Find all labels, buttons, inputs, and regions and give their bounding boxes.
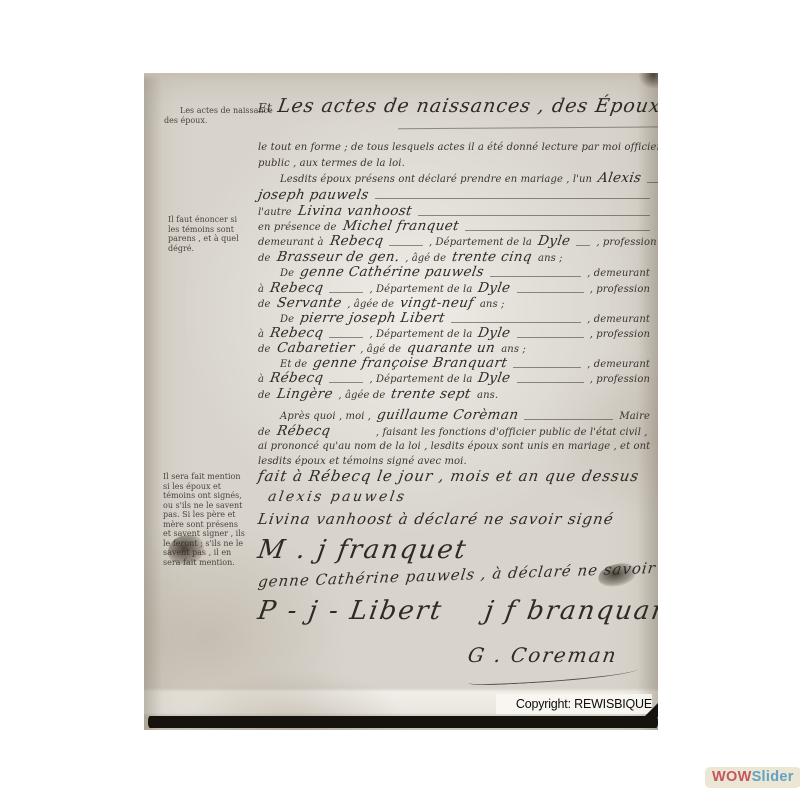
copyright-label: Copyright: REWISBIQUE bbox=[496, 694, 652, 714]
printed-text: Après quoi , moi , bbox=[280, 409, 371, 424]
printed-text: à bbox=[258, 372, 264, 387]
intro-line-1: le tout en forme ; de tous lesquels acte… bbox=[258, 140, 650, 155]
handwritten-town: Rébecq bbox=[269, 371, 325, 386]
fill-line bbox=[517, 382, 584, 383]
printed-text: ai prononcé qu'au nom de la loi , lesdit… bbox=[258, 439, 650, 454]
signature-g-coreman: G . Coreman bbox=[467, 648, 619, 663]
signature-alexis: alexis pauwels bbox=[258, 490, 650, 505]
signature-coreman: G . Coreman bbox=[468, 648, 618, 663]
signature-fait-line: fait à Rébecq le jour , mois et an que d… bbox=[258, 469, 650, 484]
fill-line bbox=[389, 245, 423, 246]
handwritten-town: Rebecq bbox=[269, 281, 325, 296]
handwritten-header: Les actes de naissances , des Époux bbox=[276, 93, 658, 119]
handwritten-witness3-name: pierre joseph Libert bbox=[299, 311, 446, 326]
printed-text: , profession bbox=[590, 282, 650, 297]
presence-line: en présence de Michel franquet bbox=[258, 219, 650, 235]
printed-text: , demeurant bbox=[587, 357, 650, 372]
handwritten-department: Dyle bbox=[477, 326, 512, 341]
printed-text: , Département de la bbox=[369, 372, 472, 387]
printed-text: ans ; bbox=[480, 297, 505, 312]
handwritten-age: vingt-neuf bbox=[399, 296, 475, 311]
handwritten-town: Rebecq bbox=[269, 326, 325, 341]
handwritten-witness4-name: genne françoise Branquart bbox=[312, 356, 508, 371]
fill-line bbox=[465, 230, 651, 231]
handwritten-job: Lingère bbox=[275, 387, 333, 402]
printed-text: , profession bbox=[596, 235, 656, 250]
header-underline bbox=[398, 126, 658, 129]
signature-libert-branquart: P - j - Libert j f branquart bbox=[258, 596, 650, 626]
printed-text: demeurant à bbox=[258, 235, 324, 250]
fill-line bbox=[451, 322, 581, 323]
printed-text: de bbox=[258, 251, 271, 266]
printed-text: à bbox=[258, 327, 264, 342]
witness4-job-line: de Lingère , âgée de trente sept ans. bbox=[258, 387, 650, 403]
handwritten-fait-line: fait à Rébecq le jour , mois et an que d… bbox=[257, 469, 641, 484]
printed-text: , profession bbox=[590, 327, 650, 342]
signature-pj-libert: P - j - Libert bbox=[256, 596, 445, 626]
printed-text: , demeurant bbox=[587, 266, 650, 281]
printed-text: , faisant les fonctions d'officier publi… bbox=[376, 425, 648, 440]
printed-text: Maire bbox=[619, 409, 650, 424]
book-edge-strip bbox=[148, 716, 658, 728]
handwritten-department: Dyle bbox=[537, 234, 572, 249]
printed-text: l'autre bbox=[258, 205, 292, 220]
printed-text: à bbox=[258, 282, 264, 297]
signature-mj-franquet: M . j franquet bbox=[256, 535, 470, 565]
handwritten-bride-name: Livina vanhoost bbox=[297, 204, 413, 219]
handwritten-department: Dyle bbox=[477, 281, 512, 296]
signature-catherine-statement: genne Cathérine pauwels , à déclaré ne s… bbox=[258, 561, 650, 590]
fill-line bbox=[524, 419, 613, 420]
handwritten-job: Servante bbox=[275, 296, 342, 311]
handwritten-age: trente cinq bbox=[451, 250, 533, 265]
fill-line bbox=[329, 382, 363, 383]
declaration-line: Lesdits époux présens ont déclaré prendr… bbox=[258, 171, 650, 187]
witness2-name-line: De genne Cathérine pauwels , demeurant bbox=[258, 265, 650, 281]
header-line: Et Les actes de naissances , des Époux bbox=[258, 93, 650, 119]
scanned-document-page: Les actes de naissance des époux. Il fau… bbox=[144, 73, 658, 730]
handwritten-witness2-name: genne Cathérine pauwels bbox=[299, 265, 485, 280]
handwritten-mayor-town: Rébecq bbox=[275, 424, 331, 439]
handwritten-job: Brasseur de gen. bbox=[275, 250, 400, 265]
fill-line bbox=[576, 245, 590, 246]
handwritten-witness1-name: Michel franquet bbox=[341, 219, 459, 234]
printed-text: de bbox=[258, 342, 271, 357]
signature-flourish bbox=[468, 666, 638, 687]
printed-text: de bbox=[258, 425, 271, 440]
printed-text: en présence de bbox=[258, 220, 337, 235]
printed-text: , profession bbox=[590, 372, 650, 387]
printed-text: Lesdits époux présens ont déclaré prendr… bbox=[280, 172, 592, 187]
handwritten-livina-statement: Livina vanhoost à déclaré ne savoir sign… bbox=[257, 512, 615, 527]
residence-line: demeurant à Rebecq , Département de la D… bbox=[258, 234, 650, 250]
handwritten-department: Dyle bbox=[477, 371, 512, 386]
page: Les actes de naissance des époux. Il fau… bbox=[0, 0, 800, 800]
handwritten-groom-first: Alexis bbox=[597, 171, 643, 186]
handwritten-mayor-name: guillaume Corèman bbox=[376, 408, 520, 423]
fill-line bbox=[329, 337, 363, 338]
handwritten-age: quarante un bbox=[406, 341, 496, 356]
wowslider-watermark[interactable]: WOWSlider bbox=[705, 767, 800, 788]
slider-text: Slider bbox=[752, 769, 794, 785]
fill-line bbox=[513, 367, 581, 368]
fill-line bbox=[490, 276, 581, 277]
wow-text: WOW bbox=[712, 769, 752, 785]
printed-text: , demeurant bbox=[587, 312, 650, 327]
printed-text: de bbox=[258, 297, 271, 312]
intro-line-2: public , aux termes de la loi. bbox=[258, 156, 650, 171]
fill-line bbox=[647, 182, 658, 183]
signature-livina-statement: Livina vanhoost à déclaré ne savoir sign… bbox=[258, 512, 650, 527]
closing-line-3: ai prononcé qu'au nom de la loi , lesdit… bbox=[258, 439, 650, 454]
margin-note-witness-relation: Il faut énoncer si les témoins sont pare… bbox=[168, 215, 248, 253]
closing-line-1: Après quoi , moi , guillaume Corèman Mai… bbox=[258, 408, 650, 424]
handwritten-job: Cabaretier bbox=[275, 341, 355, 356]
printed-text: le tout en forme ; de tous lesquels acte… bbox=[258, 140, 658, 155]
signature-alexis-pauwels: alexis pauwels bbox=[267, 490, 408, 505]
fill-line bbox=[375, 198, 650, 199]
fill-line bbox=[517, 292, 584, 293]
handwritten-town: Rebecq bbox=[328, 234, 384, 249]
witness4-town-line: à Rébecq , Département de la Dyle , prof… bbox=[258, 371, 650, 387]
fill-line bbox=[329, 292, 363, 293]
printed-text: ans. bbox=[477, 388, 498, 403]
margin-note-birth-acts-2: des époux. bbox=[164, 116, 207, 126]
document-body: Et Les actes de naissances , des Époux l… bbox=[258, 73, 650, 730]
printed-et: Et bbox=[258, 101, 272, 116]
closing-line-2: de Rébecq , faisant les fonctions d'offi… bbox=[258, 424, 650, 440]
printed-text: ans ; bbox=[538, 251, 563, 266]
printed-text: De bbox=[280, 266, 294, 281]
printed-text: public , aux termes de la loi. bbox=[258, 156, 405, 171]
printed-text: , Département de la bbox=[429, 235, 532, 250]
page-corner-notch bbox=[644, 700, 658, 717]
fill-line bbox=[517, 337, 584, 338]
printed-text: , âgée de bbox=[338, 388, 385, 403]
printed-text: de bbox=[258, 388, 271, 403]
handwritten-age: trente sept bbox=[390, 387, 472, 402]
groom-line: joseph pauwels bbox=[258, 188, 650, 203]
fill-line bbox=[418, 215, 650, 216]
signature-jf-branquart: j f branquart bbox=[482, 596, 658, 626]
handwritten-groom-name: joseph pauwels bbox=[257, 188, 370, 203]
